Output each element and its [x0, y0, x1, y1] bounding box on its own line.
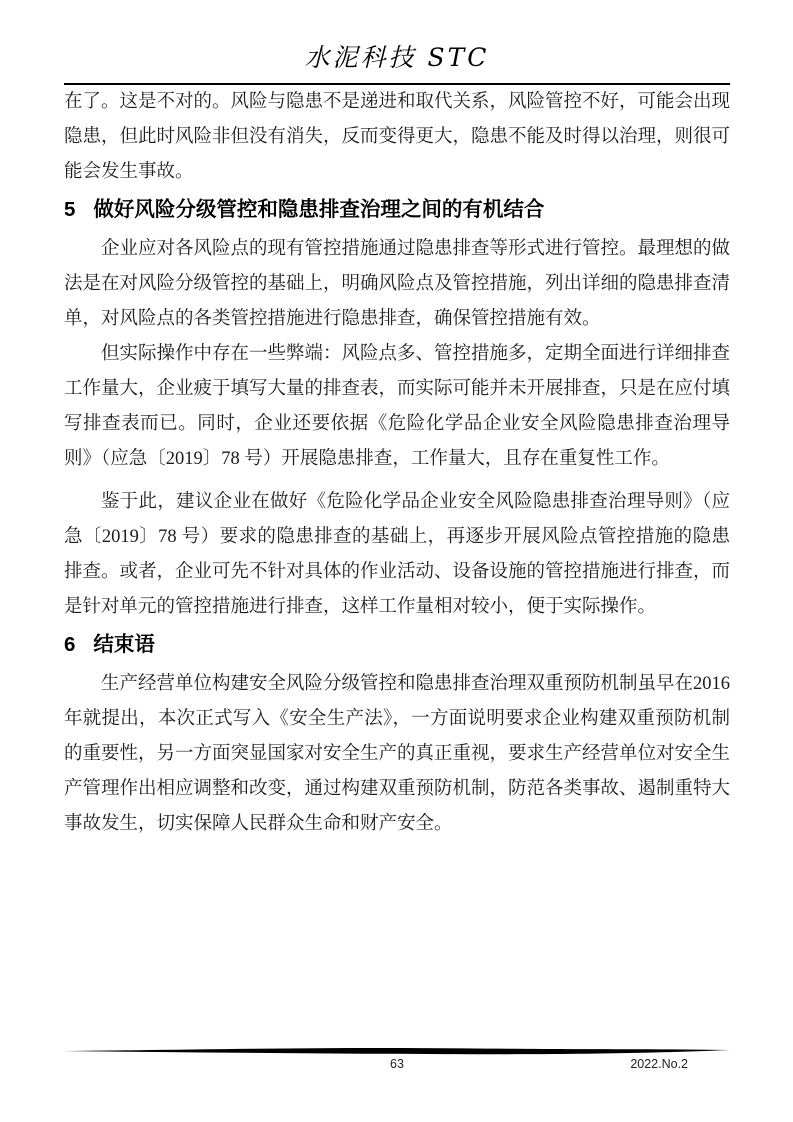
- journal-title: 水泥科技 STC: [64, 42, 730, 74]
- page-content: 水泥科技 STC 在了。这是不对的。风险与隐患不是递进和取代关系，风险管控不好，…: [64, 0, 730, 842]
- section-title: 做好风险分级管控和隐患排查治理之间的有机结合: [93, 198, 544, 221]
- paragraph: 企业应对各风险点的现有管控措施通过隐患排查等形式进行管控。最理想的做法是在对风险…: [64, 232, 730, 337]
- section-number: 6: [64, 630, 75, 660]
- footer-row: 63 2022.No.2: [64, 1057, 730, 1073]
- footer-rule: [64, 1046, 730, 1056]
- section-heading-5: 5做好风险分级管控和隐患排查治理之间的有机结合: [64, 195, 730, 225]
- page-header: 水泥科技 STC: [64, 42, 730, 85]
- document-page: 水泥科技 STC 在了。这是不对的。风险与隐患不是递进和取代关系，风险管控不好，…: [0, 0, 793, 1122]
- section-heading-6: 6结束语: [64, 630, 730, 660]
- paragraph: 生产经营单位构建安全风险分级管控和隐患排查治理双重预防机制虽早在2016 年就提…: [64, 667, 730, 842]
- section-number: 5: [64, 195, 75, 225]
- paragraph: 鉴于此，建议企业在做好《危险化学品企业安全风险隐患排查治理导则》（应急〔2019…: [64, 485, 730, 625]
- paragraph-continuation: 在了。这是不对的。风险与隐患不是递进和取代关系，风险管控不好，可能会出现隐患，但…: [64, 85, 730, 190]
- page-footer: 63 2022.No.2: [64, 1046, 730, 1073]
- section-title: 结束语: [93, 633, 155, 656]
- article-body: 在了。这是不对的。风险与隐患不是递进和取代关系，风险管控不好，可能会出现隐患，但…: [64, 85, 730, 842]
- issue-label: 2022.No.2: [630, 1057, 688, 1071]
- paragraph: 但实际操作中存在一些弊端：风险点多、管控措施多，定期全面进行详细排查工作量大，企…: [64, 337, 730, 477]
